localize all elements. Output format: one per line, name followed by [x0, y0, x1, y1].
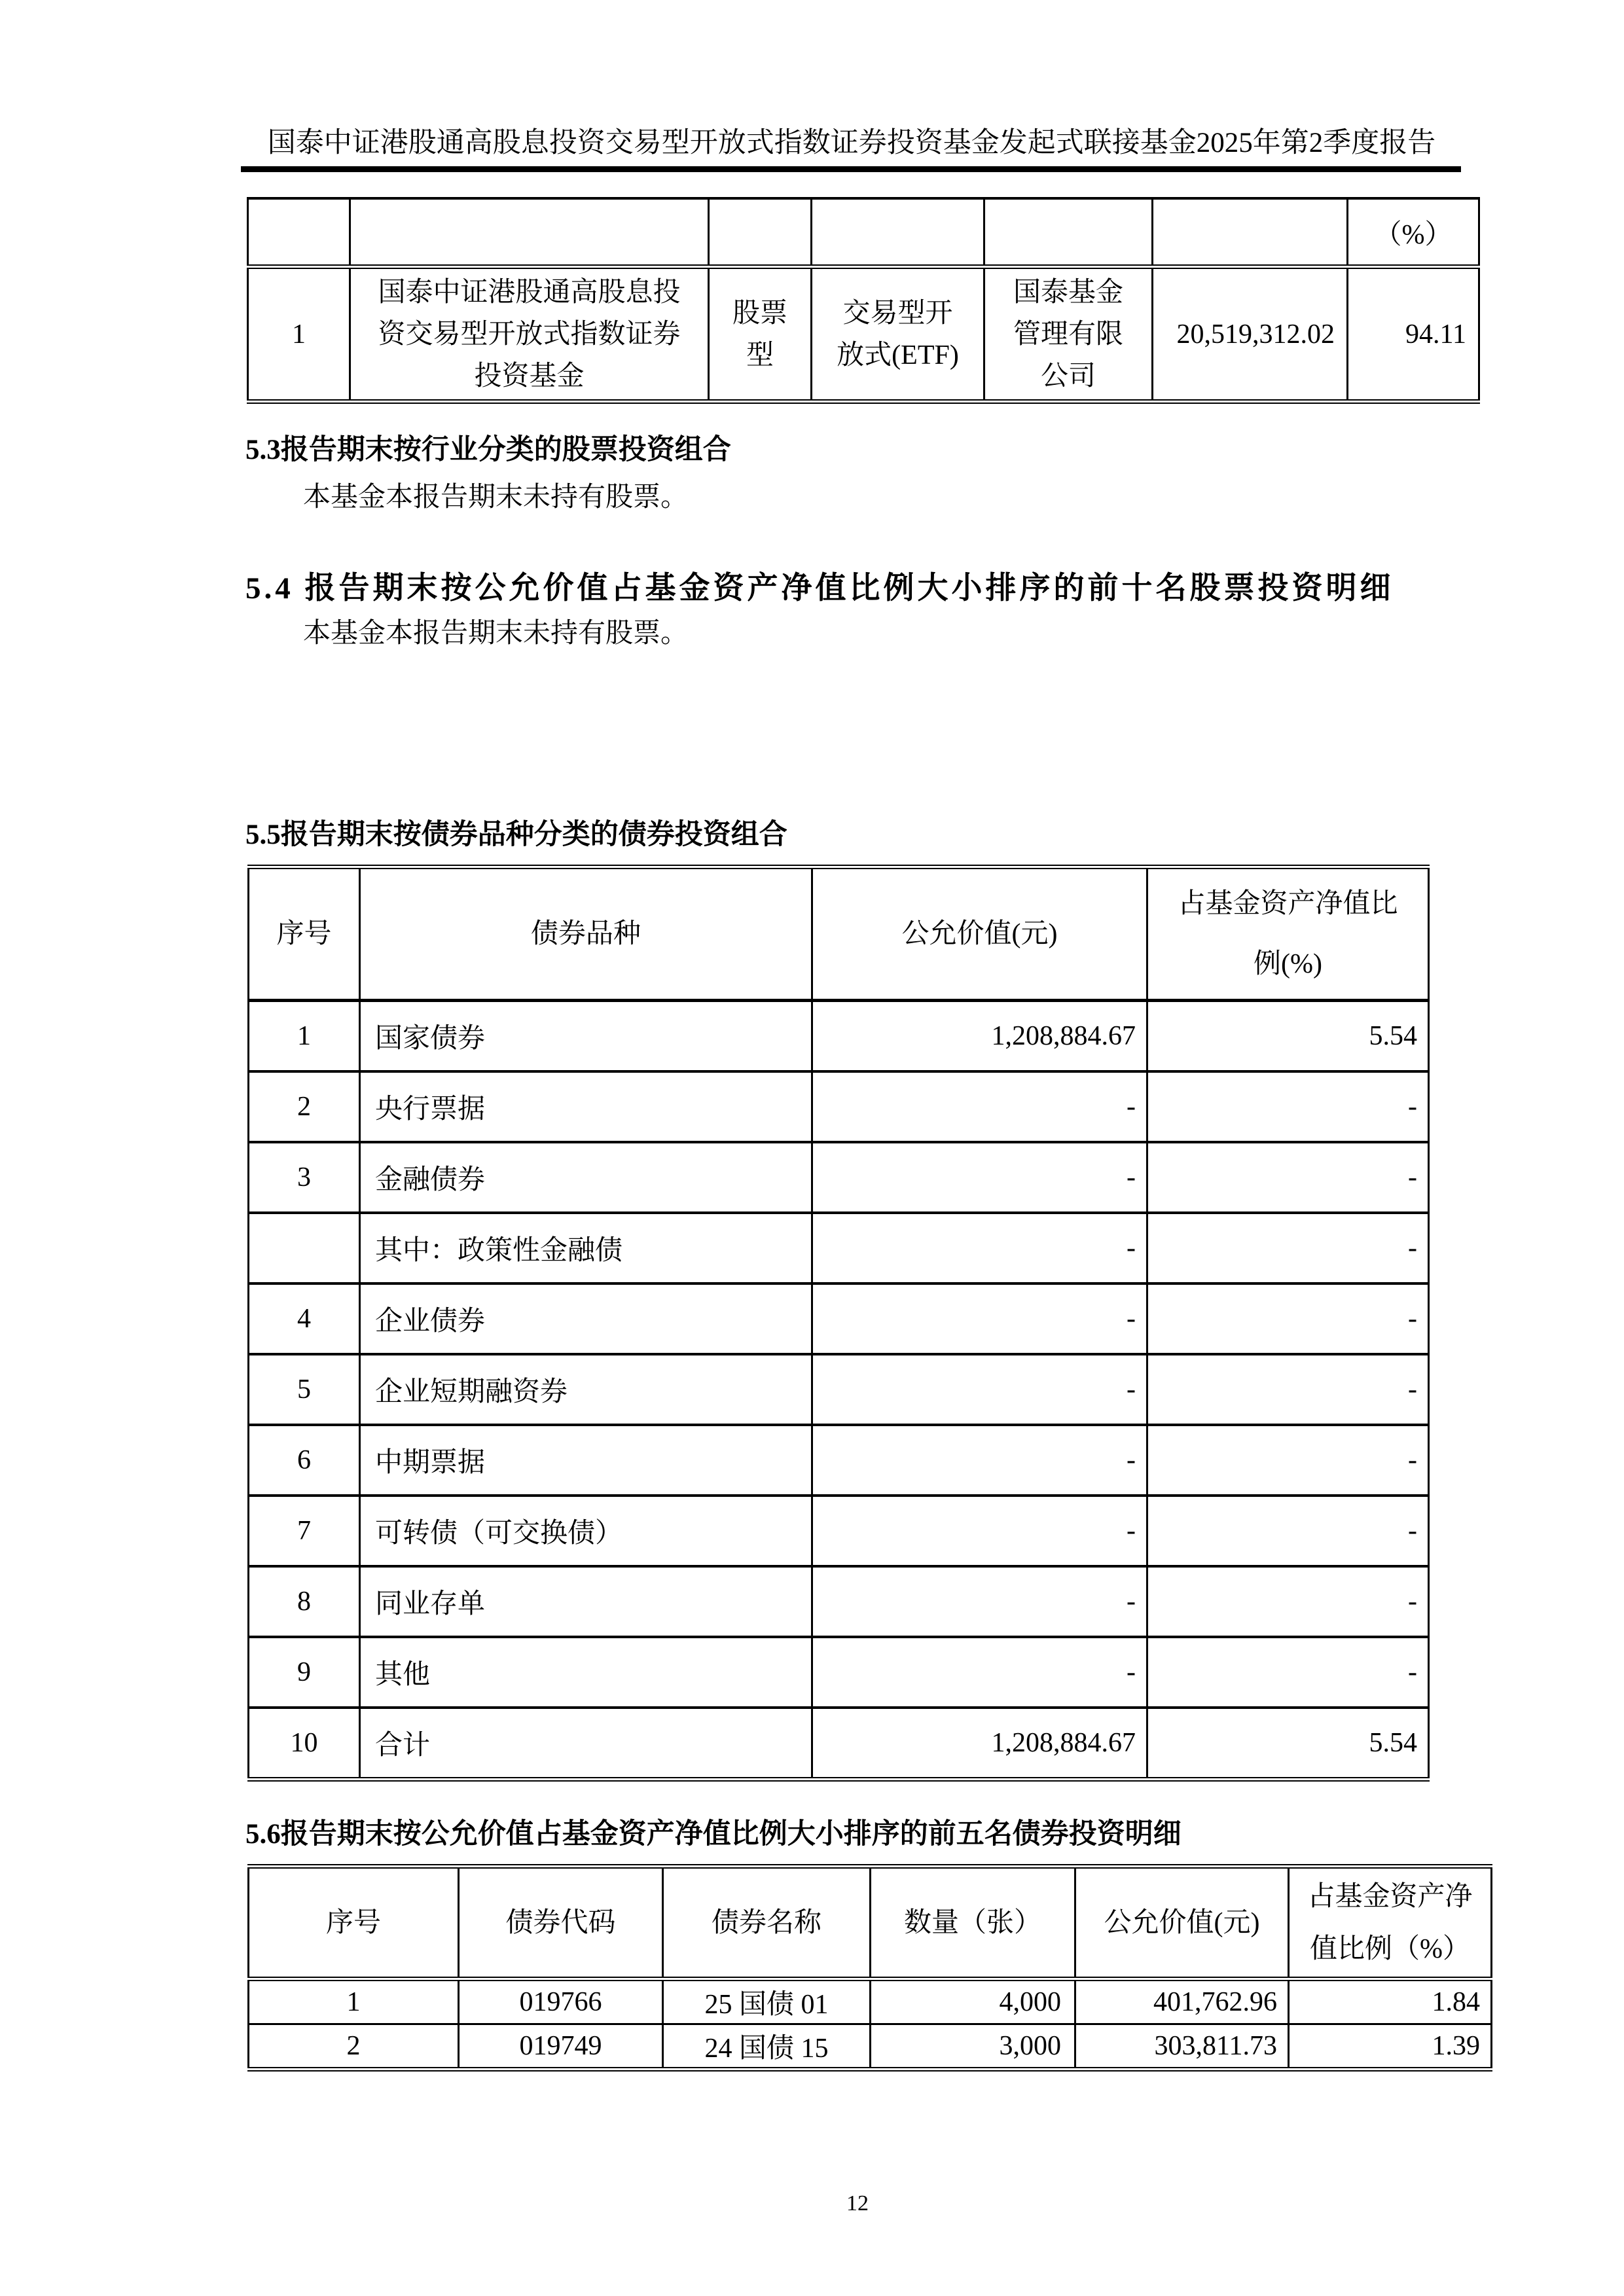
table-header-row: 序号 债券代码 债券名称 数量（张） 公允价值(元) 占基金资产净值比例（%）: [249, 1867, 1492, 1979]
table-cell: 金融债券: [360, 1142, 812, 1213]
col-header-no: 序号: [249, 867, 360, 1001]
table-cell: -: [1147, 1354, 1429, 1425]
table-cell: -: [812, 1425, 1147, 1496]
table-row: 1 019766 25 国债 01 4,000 401,762.96 1.84: [249, 1979, 1492, 2024]
col-header-no: 序号: [249, 1867, 459, 1979]
table-cell: 同业存单: [360, 1566, 812, 1637]
table-cell: 019749: [459, 2024, 663, 2070]
table-cell: 1,208,884.67: [812, 1708, 1147, 1780]
table-row: 7 可转债（可交换债） - -: [249, 1496, 1429, 1566]
ratio-unit-header: （%）: [1348, 198, 1479, 267]
table-cell: [709, 198, 812, 267]
table-cell: -: [812, 1213, 1147, 1283]
col-header-bond-type: 债券品种: [360, 867, 812, 1001]
table-row: 4 企业债券 - -: [249, 1283, 1429, 1354]
col-header-fair-value: 公允价值(元): [1075, 1867, 1289, 1979]
table-cell: -: [1147, 1425, 1429, 1496]
section-5-3-heading: 5.3报告期末按行业分类的股票投资组合: [245, 434, 731, 467]
table-cell: 4,000: [871, 1979, 1075, 2024]
table-row: 8 同业存单 - -: [249, 1566, 1429, 1637]
fund-position-table: （%） 1 国泰中证港股通高股息投资交易型开放式指数证券投资基金 股票型 交易型…: [247, 197, 1480, 404]
table-cell: 2: [249, 1071, 360, 1142]
table-cell: 9: [249, 1637, 360, 1708]
table-cell: -: [1147, 1496, 1429, 1566]
table-cell: [984, 198, 1153, 267]
table-cell: [248, 198, 350, 267]
table-cell: -: [1147, 1142, 1429, 1213]
col-header-nav-ratio: 占基金资产净值比例(%): [1147, 867, 1429, 1001]
table-cell: 1.84: [1289, 1979, 1492, 2024]
table-row: 1 国泰中证港股通高股息投资交易型开放式指数证券投资基金 股票型 交易型开放式(…: [248, 267, 1479, 402]
section-5-4-body: 本基金本报告期末未持有股票。: [303, 617, 688, 650]
table-cell: -: [812, 1142, 1147, 1213]
table-cell: 国家债券: [360, 1001, 812, 1072]
table-cell: [812, 198, 984, 267]
top-bonds-table: 序号 债券代码 债券名称 数量（张） 公允价值(元) 占基金资产净值比例（%） …: [247, 1864, 1492, 2072]
table-header-row: 序号 债券品种 公允价值(元) 占基金资产净值比例(%): [249, 867, 1429, 1001]
table-cell: [249, 1213, 360, 1283]
table-cell: -: [812, 1566, 1147, 1637]
table-cell: 4: [249, 1283, 360, 1354]
table-cell: 6: [249, 1425, 360, 1496]
table-cell: 中期票据: [360, 1425, 812, 1496]
table-cell: -: [1147, 1071, 1429, 1142]
table-cell: 5: [249, 1354, 360, 1425]
table-row: 3 金融债券 - -: [249, 1142, 1429, 1213]
table-cell: 央行票据: [360, 1071, 812, 1142]
table-row: 5 企业短期融资券 - -: [249, 1354, 1429, 1425]
section-5-4-heading: 5.4 报告期末按公允价值占基金资产净值比例大小排序的前十名股票投资明细: [245, 571, 1394, 606]
col-header-bond-name: 债券名称: [663, 1867, 871, 1979]
col-header-bond-code: 债券代码: [459, 1867, 663, 1979]
table-cell: 1,208,884.67: [812, 1001, 1147, 1072]
table-cell: 1: [249, 1001, 360, 1072]
table-cell: -: [1147, 1213, 1429, 1283]
header-rule: [241, 166, 1461, 172]
table-cell: -: [1147, 1637, 1429, 1708]
table-row: 6 中期票据 - -: [249, 1425, 1429, 1496]
bond-type-table: 序号 债券品种 公允价值(元) 占基金资产净值比例(%) 1 国家债券 1,20…: [247, 865, 1430, 1782]
ratio-cell: 94.11: [1348, 267, 1479, 402]
operation-type-cell: 交易型开放式(ETF): [812, 267, 984, 402]
table-cell: 2: [249, 2024, 459, 2070]
table-cell: 019766: [459, 1979, 663, 2024]
value-cell: 20,519,312.02: [1153, 267, 1348, 402]
col-header-fair-value: 公允价值(元): [812, 867, 1147, 1001]
col-header-quantity: 数量（张）: [871, 1867, 1075, 1979]
table-cell: 合计: [360, 1708, 812, 1780]
table-cell: 1: [249, 1979, 459, 2024]
table-row: 9 其他 - -: [249, 1637, 1429, 1708]
table-cell: 303,811.73: [1075, 2024, 1289, 2070]
table-cell: 1.39: [1289, 2024, 1492, 2070]
table-cell: 401,762.96: [1075, 1979, 1289, 2024]
manager-cell: 国泰基金管理有限公司: [984, 267, 1153, 402]
table-cell: 企业短期融资券: [360, 1354, 812, 1425]
table-cell: [350, 198, 709, 267]
table-cell: 企业债券: [360, 1283, 812, 1354]
report-title: 国泰中证港股通高股息投资交易型开放式指数证券投资基金发起式联接基金2025年第2…: [242, 126, 1461, 161]
table-cell: 其中：政策性金融债: [360, 1213, 812, 1283]
table-header-row: （%）: [248, 198, 1479, 267]
table-cell: 24 国债 15: [663, 2024, 871, 2070]
col-header-nav-ratio: 占基金资产净值比例（%）: [1289, 1867, 1492, 1979]
table-cell: -: [812, 1283, 1147, 1354]
table-cell: -: [812, 1496, 1147, 1566]
table-cell: -: [1147, 1283, 1429, 1354]
table-cell: 5.54: [1147, 1708, 1429, 1780]
table-cell: 8: [249, 1566, 360, 1637]
table-cell: 1: [248, 267, 350, 402]
table-cell: [1153, 198, 1348, 267]
table-cell: -: [812, 1354, 1147, 1425]
table-cell: 10: [249, 1708, 360, 1780]
table-cell: 5.54: [1147, 1001, 1429, 1072]
table-row: 2 央行票据 - -: [249, 1071, 1429, 1142]
table-cell: -: [812, 1637, 1147, 1708]
page-number: 12: [746, 2191, 969, 2216]
section-5-6-heading: 5.6报告期末按公允价值占基金资产净值比例大小排序的前五名债券投资明细: [245, 1818, 1182, 1851]
table-row: 2 019749 24 国债 15 3,000 303,811.73 1.39: [249, 2024, 1492, 2070]
table-cell: -: [812, 1071, 1147, 1142]
table-cell: 7: [249, 1496, 360, 1566]
table-row-total: 10 合计 1,208,884.67 5.54: [249, 1708, 1429, 1780]
section-5-5-heading: 5.5报告期末按债券品种分类的债券投资组合: [245, 819, 787, 852]
table-cell: 可转债（可交换债）: [360, 1496, 812, 1566]
fund-name-cell: 国泰中证港股通高股息投资交易型开放式指数证券投资基金: [350, 267, 709, 402]
table-row: 1 国家债券 1,208,884.67 5.54: [249, 1001, 1429, 1072]
table-cell: 3: [249, 1142, 360, 1213]
table-cell: 其他: [360, 1637, 812, 1708]
section-5-3-body: 本基金本报告期末未持有股票。: [303, 481, 688, 514]
table-row: 其中：政策性金融债 - -: [249, 1213, 1429, 1283]
fund-type-cell: 股票型: [709, 267, 812, 402]
table-cell: -: [1147, 1566, 1429, 1637]
table-cell: 25 国债 01: [663, 1979, 871, 2024]
table-cell: 3,000: [871, 2024, 1075, 2070]
